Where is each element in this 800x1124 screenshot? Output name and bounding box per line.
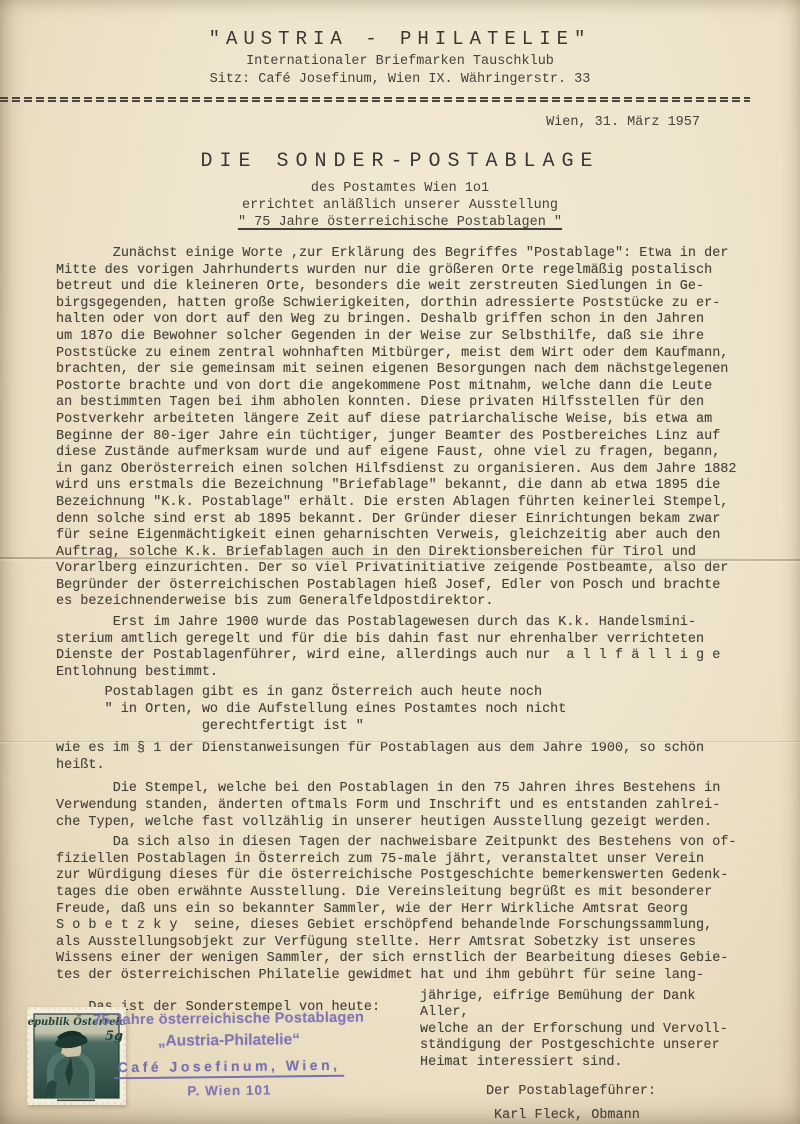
letter-page: "AUSTRIA - PHILATELIE" Internationaler B… <box>0 0 800 1124</box>
doc-subtitle-3: " 75 Jahre österreichische Postablagen " <box>0 214 800 231</box>
overprint-line-3: Café Josefinum, Wien, <box>114 1057 345 1079</box>
paragraph-1900-regulation: Erst im Jahre 1900 wurde das Postablagew… <box>56 615 750 681</box>
org-name: "AUSTRIA - PHILATELIE" <box>0 0 800 53</box>
paragraph-stempel-typen: Die Stempel, welche bei den Postablagen … <box>56 781 750 831</box>
divider-dashed-line <box>0 97 750 102</box>
org-subtitle: Internationaler Briefmarken Tauschklub <box>0 53 800 71</box>
title-block: DIE SONDER-POSTABLAGE des Postamtes Wien… <box>0 148 800 231</box>
org-address: Sitz: Café Josefinum, Wien IX. Währinger… <box>0 71 800 89</box>
doc-subtitle-1: des Postamtes Wien 1o1 <box>0 180 800 197</box>
rubber-stamp-overprint: 75 Jahre österreichische Postablagen „Au… <box>78 1009 381 1099</box>
signature-role: Der Postablageführer: <box>486 1084 750 1101</box>
doc-subtitle-2: errichtet anläßlich unserer Ausstellung <box>0 197 800 214</box>
paragraph-postablage-history: Zunächst einige Worte ,zur Erklärung des… <box>56 246 750 611</box>
continuation-column: jährige, eifrige Bemühung der Dank Aller… <box>420 989 750 1072</box>
doc-title: DIE SONDER-POSTABLAGE <box>0 148 800 175</box>
signature-name: Karl Fleck, Obmann <box>494 1108 750 1124</box>
quote-dienstanweisung: Postablagen gibt es in ganz Österreich a… <box>56 685 750 735</box>
overprint-line-2: „Austria-Philatelie“ <box>78 1030 380 1051</box>
paragraph-quote-source: wie es im § 1 der Dienstanweisungen für … <box>56 741 750 774</box>
paragraph-ausstellung-sobetzky: Da sich also in diesen Tagen der nachwei… <box>56 835 750 984</box>
right-column: jährige, eifrige Bemühung der Dank Aller… <box>420 989 750 1124</box>
letter-body: Zunächst einige Worte ,zur Erklärung des… <box>56 246 750 1124</box>
overprint-line-1: 75 Jahre österreichische Postablagen <box>78 1009 380 1028</box>
overprint-line-4: P. Wien 101 <box>78 1081 380 1099</box>
date-line: Wien, 31. März 1957 <box>0 114 800 132</box>
